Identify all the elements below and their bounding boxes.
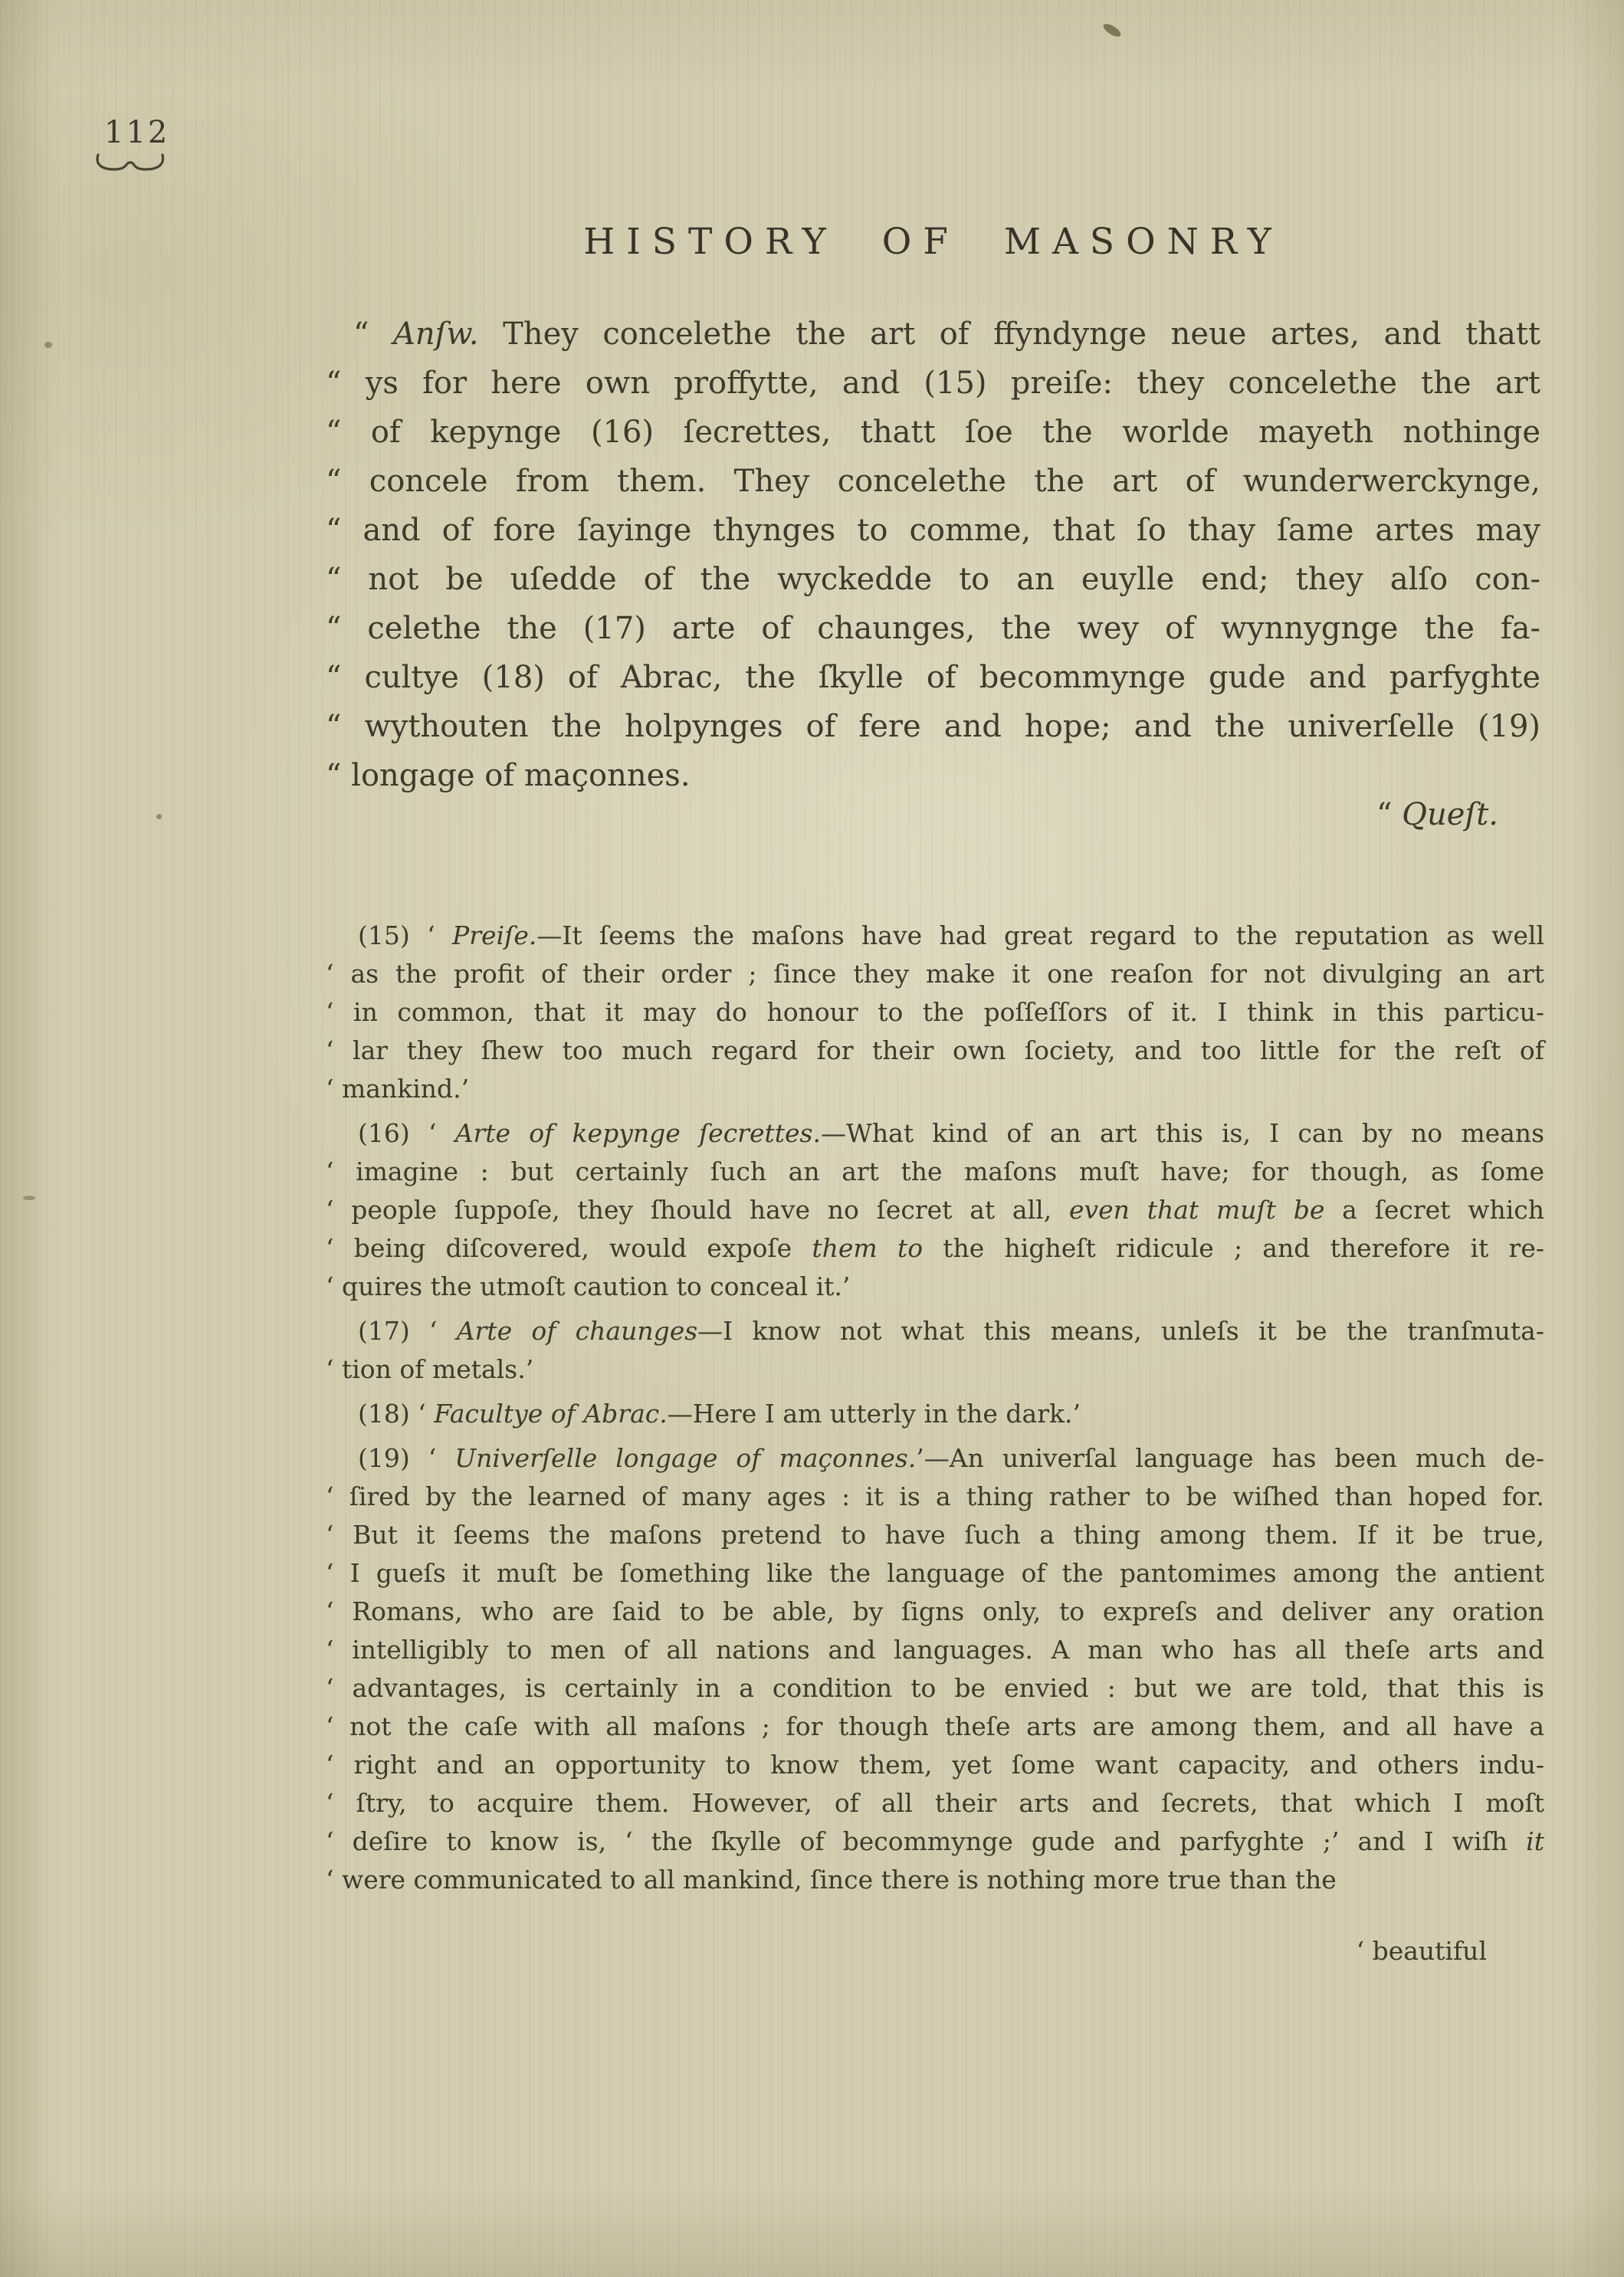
catchword-beautiful: ‘ beautiful [326,1936,1487,1966]
text-line: “ concele from them. They concelethe the… [326,457,1540,506]
ink-speck [156,814,162,819]
footnote: (19) ‘ Univerſelle longage of maçonnes.’… [326,1439,1544,1899]
text-line: (15) ‘ Preiſe.—It ſeems the maſons have … [326,917,1544,955]
text-line: ‘ quires the utmoſt caution to conceal i… [326,1268,1544,1306]
footnote: (17) ‘ Arte of chaunges—I know not what … [326,1312,1544,1389]
text-line: ‘ ſired by the learned of many ages : it… [326,1478,1544,1516]
text-line: ‘ as the profit of their order ; ſince t… [326,955,1544,993]
text-line: ‘ advantages, is certainly in a conditio… [326,1669,1544,1708]
catchword-quest: “ Queſt. [326,797,1498,832]
footnotes-block: (15) ‘ Preiſe.—It ſeems the maſons have … [326,917,1544,1905]
page-number: 112 [104,115,169,150]
text-line: (17) ‘ Arte of chaunges—I know not what … [326,1312,1544,1350]
text-line: ‘ lar they ſhew too much regard for thei… [326,1032,1544,1070]
text-line: “ cultye (18) of Abrac, the ſkylle of be… [326,653,1540,702]
text-line: “ longage of maçonnes. [326,751,1540,800]
text-line: ‘ right and an opportunity to know them,… [326,1746,1544,1784]
text-line: (16) ‘ Arte of kepynge ſecrettes.—What k… [326,1114,1544,1153]
text-line: (18) ‘ Facultye of Abrac.—Here I am utte… [326,1395,1544,1433]
ink-speck [23,1196,35,1200]
text-line: ‘ not the caſe with all maſons ; for tho… [326,1708,1544,1746]
text-line: ‘ people ſuppoſe, they ſhould have no ſe… [326,1191,1544,1229]
page-number-flourish [94,152,167,176]
text-line: ‘ Romans, who are ſaid to be able, by ſi… [326,1593,1544,1631]
ink-speck [44,342,52,348]
footnote: (16) ‘ Arte of kepynge ſecrettes.—What k… [326,1114,1544,1306]
text-line: “ wythouten the holpynges of fere and ho… [326,702,1540,751]
book-page: 112 HISTORY OF MASONRY “ Anſw. They conc… [0,0,1624,2277]
text-line: ‘ were communicated to all mankind, ſinc… [326,1861,1544,1899]
text-line: “ celethe the (17) arte of chaunges, the… [326,604,1540,653]
text-line: “ and of fore ſayinge thynges to comme, … [326,506,1540,555]
footnote: (18) ‘ Facultye of Abrac.—Here I am utte… [326,1395,1544,1433]
text-line: ‘ intelligibly to men of all nations and… [326,1631,1544,1669]
text-line: “ not be uſedde of the wyckedde to an eu… [326,555,1540,604]
main-quote-block: “ Anſw. They concelethe the art of ffynd… [326,310,1540,800]
text-line: ‘ But it ſeems the maſons pretend to hav… [326,1516,1544,1554]
text-line: ‘ mankind.’ [326,1070,1544,1108]
text-line: ‘ ſtry, to acquire them. However, of all… [326,1784,1544,1823]
text-line: ‘ in common, that it may do honour to th… [326,993,1544,1032]
text-line: ‘ I gueſs it muſt be ſomething like the … [326,1554,1544,1593]
footnote: (15) ‘ Preiſe.—It ſeems the maſons have … [326,917,1544,1108]
text-line: “ of kepynge (16) ſecrettes, thatt ſoe t… [326,408,1540,457]
text-line: ‘ imagine : but certainly ſuch an art th… [326,1153,1544,1191]
text-line: ‘ deſire to know is, ‘ the ſkylle of bec… [326,1823,1544,1861]
running-head: HISTORY OF MASONRY [326,221,1540,263]
text-line: “ Anſw. They concelethe the art of ffynd… [326,310,1540,359]
ink-speck [1101,21,1123,39]
text-line: ‘ being diſcovered, would expoſe them to… [326,1229,1544,1268]
text-line: ‘ tion of metals.’ [326,1350,1544,1389]
text-line: “ ys for here own proffytte, and (15) pr… [326,359,1540,408]
text-line: (19) ‘ Univerſelle longage of maçonnes.’… [326,1439,1544,1478]
